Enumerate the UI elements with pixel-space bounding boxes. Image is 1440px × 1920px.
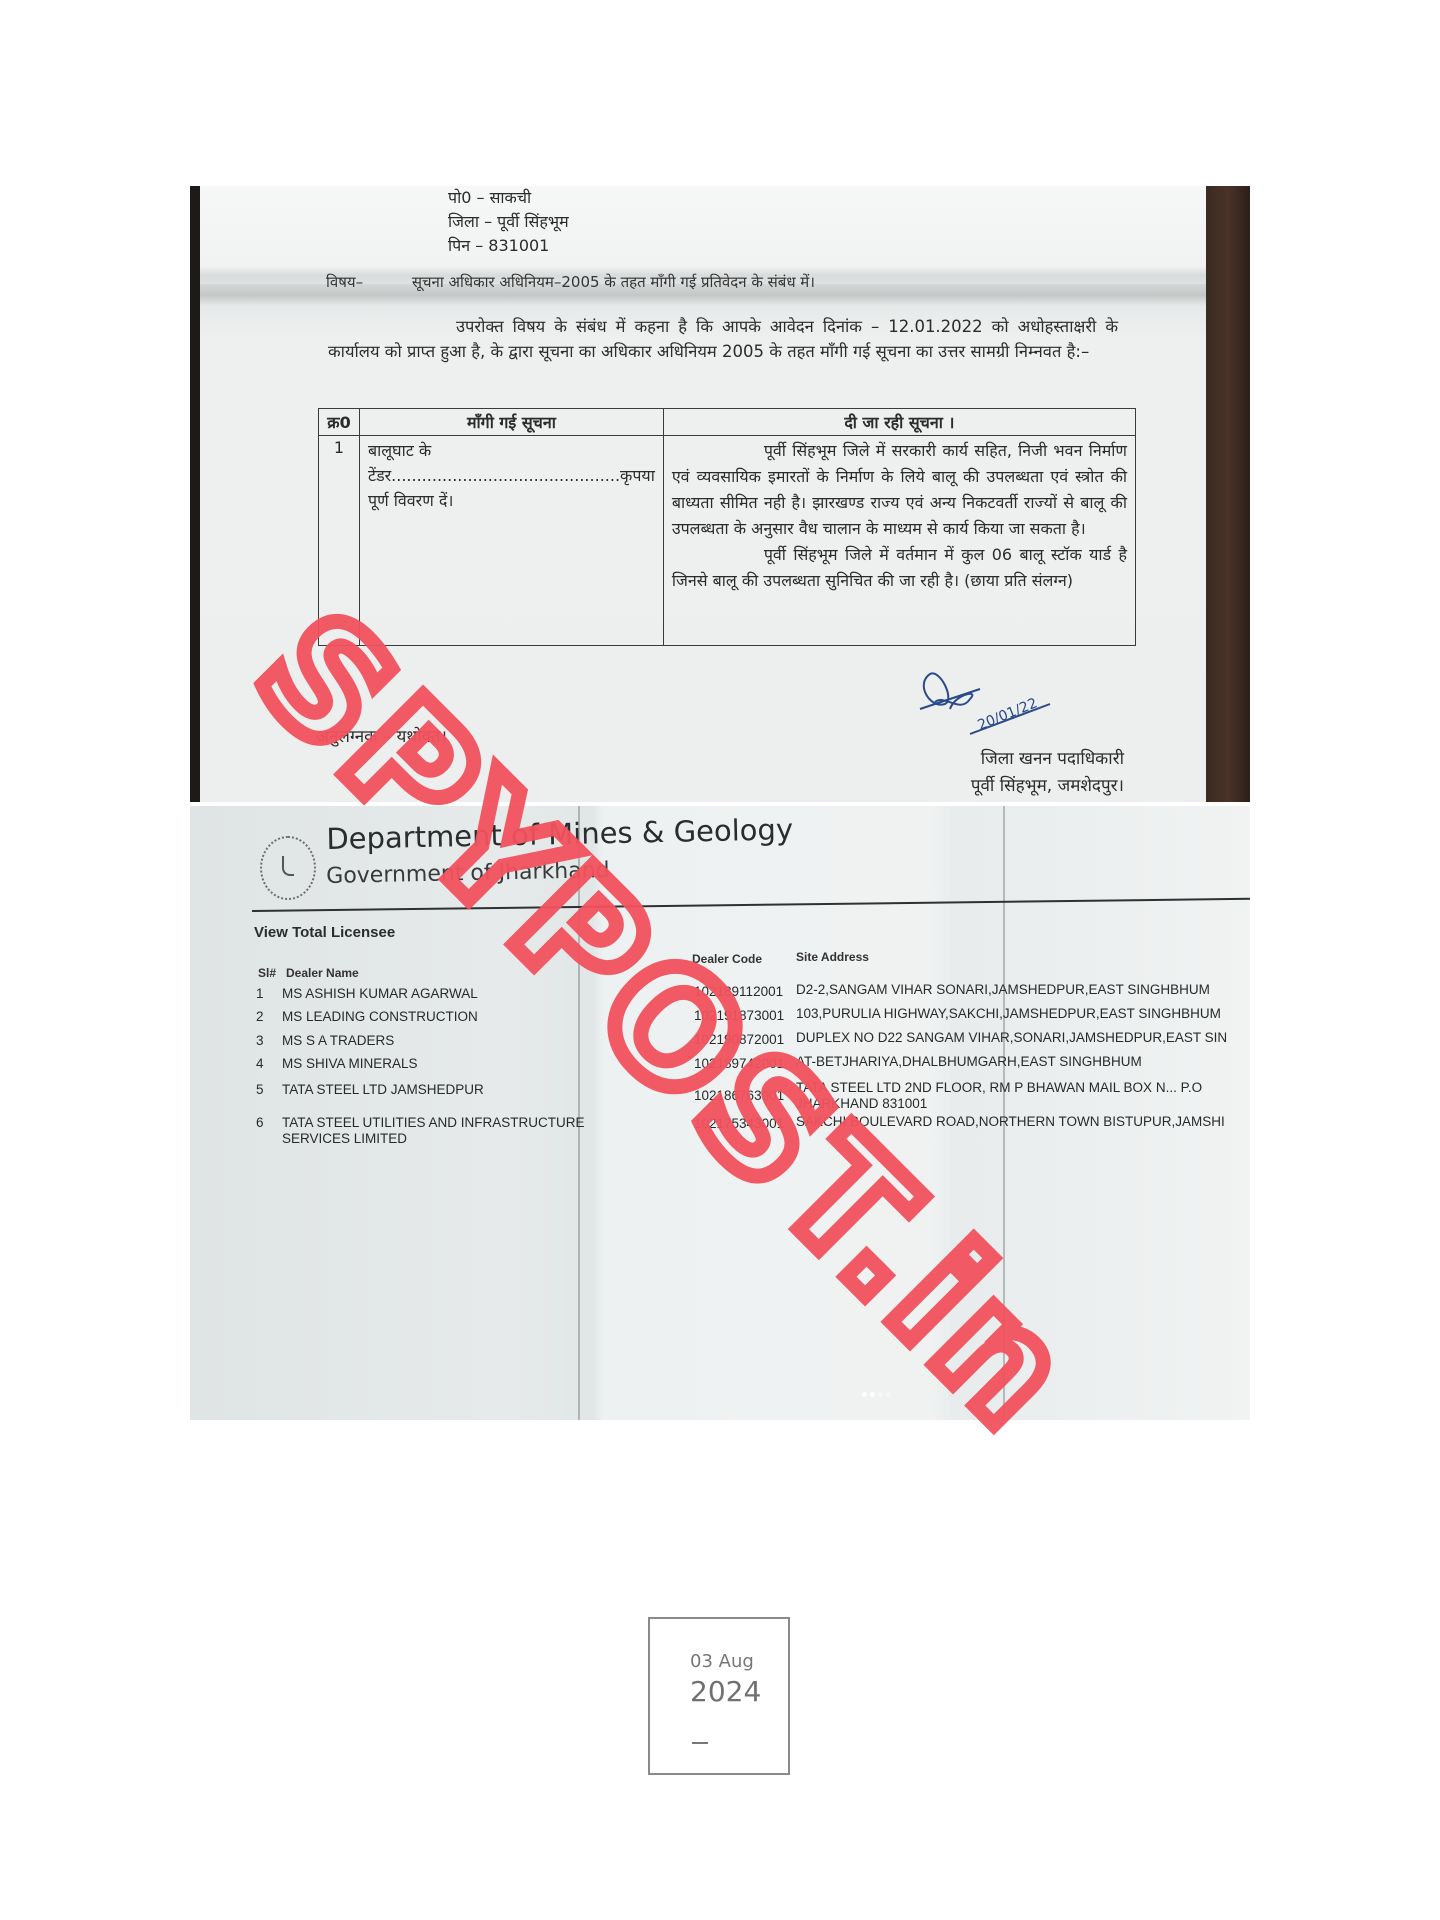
dealer-name: MS LEADING CONSTRUCTION (282, 1009, 478, 1024)
svg-text:20/01/22: 20/01/22 (976, 695, 1040, 733)
rti-response-table: क्र0 माँगी गई सूचना दी जा रही सूचना । 1 … (318, 408, 1136, 646)
licensee-name: 4MS SHIVA MINERALS (256, 1056, 418, 1072)
letter-body-text: उपरोक्त विषय के संबंध में कहना है कि आपक… (328, 317, 1118, 361)
licensee-sl: 5 (256, 1082, 282, 1098)
col-header-name: Dealer Name (286, 966, 359, 980)
subject-label: विषय– (326, 273, 363, 291)
licensee-sl: 2 (256, 1009, 282, 1025)
signature-icon: 20/01/22 (910, 664, 1060, 744)
site-address-line: 103,PURULIA HIGHWAY,SAKCHI,JAMSHEDPUR,EA… (796, 1006, 1221, 1022)
post-day-month: 03 Aug (690, 1651, 754, 1672)
col-header-sl: Sl# (258, 966, 276, 980)
licensee-name: 5TATA STEEL LTD JAMSHEDPUR (256, 1082, 484, 1098)
site-address-line: DUPLEX NO D22 SANGAM VIHAR,SONARI,JAMSHE… (796, 1030, 1227, 1046)
col-header-given: दी जा रही सूचना । (663, 409, 1135, 436)
carousel-dots[interactable] (862, 1392, 891, 1397)
post-year: 2024 (690, 1675, 761, 1708)
dealer-name: MS S A TRADERS (282, 1033, 394, 1048)
jharkhand-emblem-icon (260, 836, 316, 900)
post-date-card: 03 Aug 2024 (648, 1617, 790, 1775)
licensee-name: 1MS ASHISH KUMAR AGARWAL (256, 986, 478, 1002)
photo-edge (1206, 186, 1250, 802)
address-block: पो0 – साकची जिला – पूर्वी सिंहभूम पिन – … (448, 186, 569, 258)
dealer-name-line2: SERVICES LIMITED (256, 1131, 585, 1147)
site-address: DUPLEX NO D22 SANGAM VIHAR,SONARI,JAMSHE… (796, 1030, 1227, 1046)
cell-given: पूर्वी सिंहभूम जिले में सरकारी कार्य सहि… (663, 436, 1135, 646)
signatory-title: जिला खनन पदाधिकारी (971, 746, 1124, 773)
carousel-dot[interactable] (862, 1392, 867, 1397)
header-divider (252, 898, 1250, 912)
site-address: 103,PURULIA HIGHWAY,SAKCHI,JAMSHEDPUR,EA… (796, 1006, 1221, 1022)
address-line: पो0 – साकची (448, 186, 569, 210)
licensee-sl: 3 (256, 1033, 282, 1049)
col-header-asked: माँगी गई सूचना (360, 409, 664, 436)
licensee-name: 6TATA STEEL UTILITIES AND INFRASTRUCTURE… (256, 1115, 585, 1147)
col-header-address: Site Address (796, 950, 869, 964)
dealer-name: TATA STEEL UTILITIES AND INFRASTRUCTURE (282, 1115, 585, 1130)
carousel-dot[interactable] (870, 1392, 875, 1397)
carousel-dot[interactable] (886, 1392, 891, 1397)
col-header-sn: क्र0 (319, 409, 360, 436)
site-address-line: D2-2,SANGAM VIHAR SONARI,JAMSHEDPUR,EAST… (796, 982, 1210, 998)
dealer-name: MS ASHISH KUMAR AGARWAL (282, 986, 478, 1001)
table-row: 1 बालूघाट के टेंडर......................… (319, 436, 1136, 646)
licensee-name: 2MS LEADING CONSTRUCTION (256, 1009, 478, 1025)
signatory-office: पूर्वी सिंहभूम, जमशेदपुर। (971, 773, 1124, 800)
signatory: जिला खनन पदाधिकारी पूर्वी सिंहभूम, जमशेद… (971, 746, 1124, 800)
licensee-name: 3MS S A TRADERS (256, 1033, 394, 1049)
letter-body: उपरोक्त विषय के संबंध में कहना है कि आपक… (328, 314, 1118, 364)
subject-line: विषय– सूचना अधिकार अधिनियम–2005 के तहत म… (326, 272, 815, 292)
licensee-sl: 4 (256, 1056, 282, 1072)
address-line: जिला – पूर्वी सिंहभूम (448, 210, 569, 234)
dealer-name: MS SHIVA MINERALS (282, 1056, 418, 1071)
section-title: View Total Licensee (254, 924, 395, 941)
site-address: D2-2,SANGAM VIHAR SONARI,JAMSHEDPUR,EAST… (796, 982, 1210, 998)
carousel-dot[interactable] (878, 1392, 883, 1397)
cell-asked: बालूघाट के टेंडर........................… (360, 436, 664, 646)
address-line: पिन – 831001 (448, 234, 569, 258)
licensee-sl: 1 (256, 986, 282, 1002)
site-address-line: AT-BETJHARIYA,DHALBHUMGARH,EAST SINGHBHU… (796, 1054, 1142, 1070)
site-address: AT-BETJHARIYA,DHALBHUMGARH,EAST SINGHBHU… (796, 1054, 1142, 1070)
given-paragraph-2: पूर्वी सिंहभूम जिले में वर्तमान में कुल … (672, 545, 1127, 590)
dealer-name: TATA STEEL LTD JAMSHEDPUR (282, 1082, 484, 1097)
date-divider (692, 1742, 708, 1744)
subject-text: सूचना अधिकार अधिनियम–2005 के तहत माँगी ग… (412, 273, 815, 291)
licensee-sl: 6 (256, 1115, 282, 1131)
given-paragraph-1: पूर्वी सिंहभूम जिले में सरकारी कार्य सहि… (672, 441, 1127, 538)
